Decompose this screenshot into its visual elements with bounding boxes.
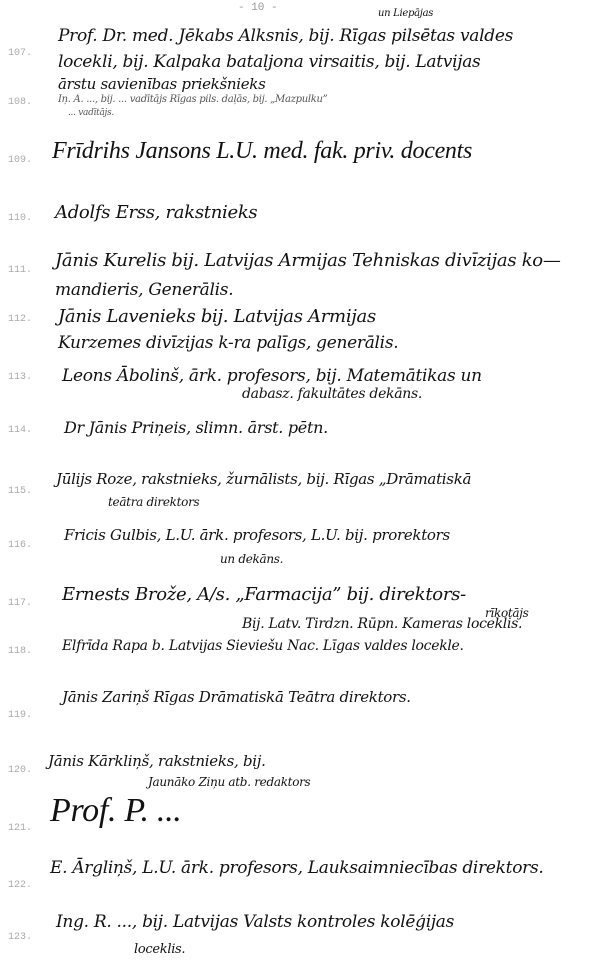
entry-number: 119. (8, 710, 32, 721)
page-number: - 10 - (238, 2, 278, 14)
entry-line: Leons Ābolinš, ārk. profesors, bij. Mate… (62, 366, 482, 386)
entry-line: Ernests Brože, A/s. „Farmacija” bij. dir… (62, 584, 466, 605)
entry-line: mandieris, Generālis. (55, 280, 233, 300)
entry-number: 120. (8, 765, 32, 776)
entry-line: Prof. Dr. med. Jēkabs Alksnis, bij. Rīga… (58, 26, 513, 46)
entry-number: 123. (8, 932, 32, 943)
entry-line: loceklis. (134, 942, 185, 957)
entry-number: 122. (8, 880, 32, 891)
entry-line: Fricis Gulbis, L.U. ārk. profesors, L.U.… (64, 526, 450, 544)
entry-line: Jūlijs Roze, rakstnieks, žurnālists, bij… (56, 470, 471, 488)
entry-number: 113. (8, 372, 32, 383)
entry-number: 111. (8, 265, 32, 276)
entry-line: Ing. R. ..., bij. Latvijas Valsts kontro… (56, 912, 454, 932)
entry-line: Frīdrihs Jansons L.U. med. fak. priv. do… (52, 138, 472, 165)
entry-number: 107. (8, 48, 32, 59)
entry-line: Jaunāko Ziņu atb. redaktors (148, 775, 310, 789)
entry-line: un dekāns. (220, 552, 283, 566)
entry-line: Elfrīda Rapa b. Latvijas Sieviešu Nac. L… (62, 638, 464, 654)
entry-line: ... vadītājs. (68, 108, 114, 118)
entry-line: teātra direktors (108, 495, 199, 509)
entry-number: 112. (8, 314, 32, 325)
entry-line: Jānis Kurelis bij. Latvijas Armijas Tehn… (55, 250, 561, 271)
entry-number: 121. (8, 823, 32, 834)
entry-line: E. Ārgliņš, L.U. ārk. profesors, Lauksai… (50, 858, 543, 878)
entry-number: 108. (8, 97, 32, 108)
entry-number: 118. (8, 646, 32, 657)
entry-line: Bij. Latv. Tirdzn. Rūpn. Kameras locekli… (242, 616, 522, 632)
entry-number: 116. (8, 540, 32, 551)
entry-line: Jānis Lavenieks bij. Latvijas Armijas (58, 306, 376, 327)
entry-number: 109. (8, 155, 32, 166)
entry-line: Jānis Zariņš Rīgas Drāmatiskā Teātra dir… (62, 688, 411, 706)
entry-line: Dr Jānis Priņeis, slimn. ārst. pētn. (64, 418, 328, 437)
entry-line: Prof. P. ... (50, 792, 181, 830)
entry-number: 114. (8, 425, 32, 436)
entry-line: locekli, bij. Kalpaka bataljona virsaiti… (58, 52, 480, 72)
entry-line: dabasz. fakultātes dekāns. (242, 386, 422, 402)
entry-line: Adolfs Erss, rakstnieks (55, 202, 257, 223)
entry-line: Kurzemes divīzijas k-ra palīgs, generāli… (58, 333, 398, 353)
entry-line: Jānis Kārkliņš, rakstnieks, bij. (48, 752, 266, 770)
entry-line: ārstu savienības priekšnieks (58, 75, 265, 93)
entry-insertion: un Liepājas (378, 8, 433, 19)
entry-line: Iņ. A. ..., bij. ... vadītājs Rīgas pils… (58, 94, 327, 105)
entry-number: 115. (8, 486, 32, 497)
entry-number: 110. (8, 213, 32, 224)
entry-number: 117. (8, 598, 32, 609)
